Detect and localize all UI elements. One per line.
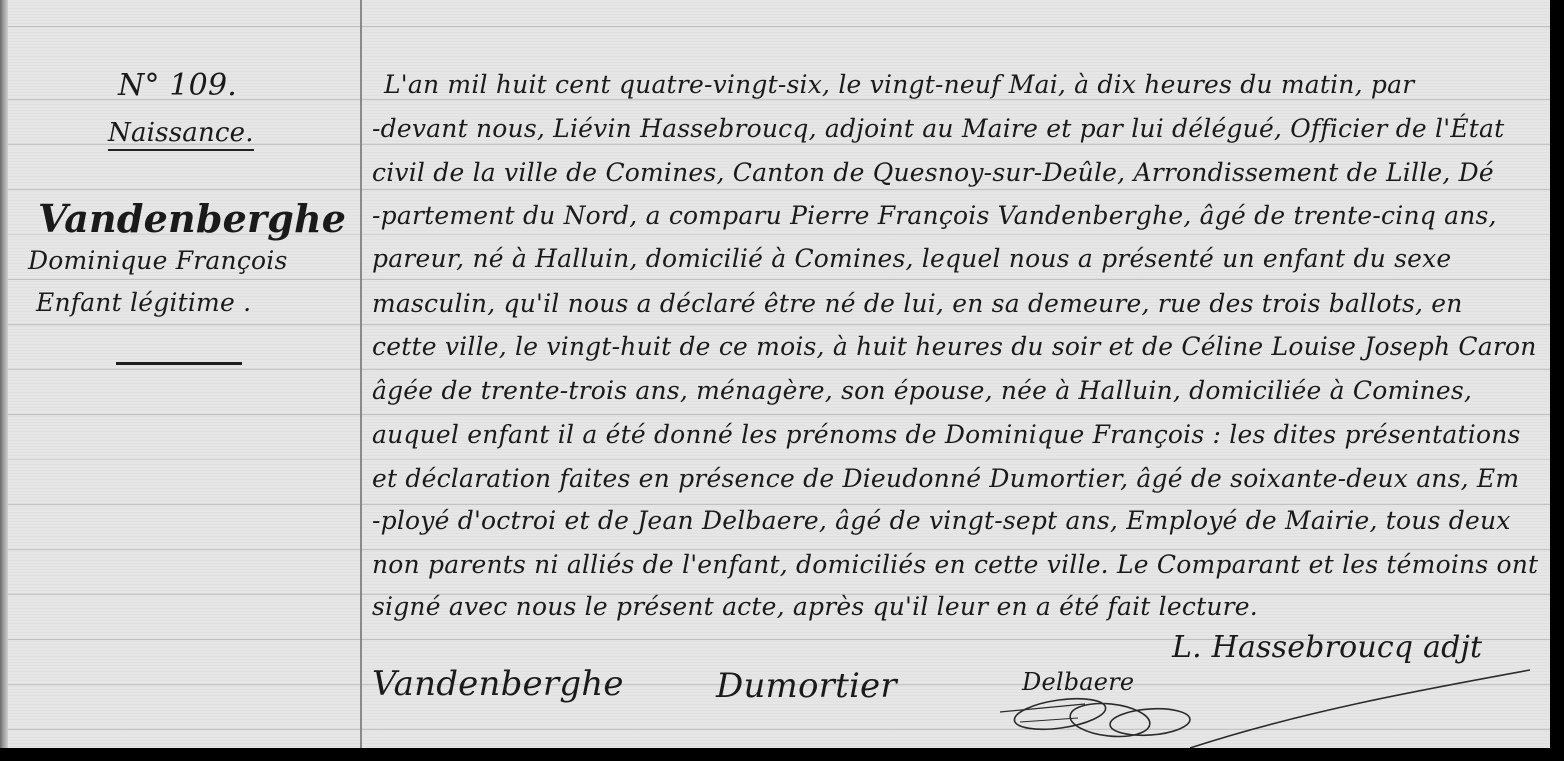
register-page: N° 109. Naissance. Vandenberghe Dominiqu… (0, 0, 1550, 748)
signature-father: Vandenberghe (372, 664, 624, 704)
signature-officer: L. Hassebroucq adjt (1172, 630, 1482, 665)
scan-border-right (1550, 0, 1564, 761)
margin-underline (116, 362, 242, 365)
body-line-5: pareur, né à Halluin, domicilié à Comine… (372, 246, 1451, 271)
child-status: Enfant légitime . (36, 288, 251, 317)
body-line-2: -devant nous, Liévin Hassebroucq, adjoin… (372, 116, 1504, 141)
body-line-6: masculin, qu'il nous a déclaré être né d… (372, 291, 1463, 316)
child-given-names: Dominique François (28, 246, 288, 275)
body-line-8: âgée de trente-trois ans, ménagère, son … (372, 378, 1472, 403)
child-surname: Vandenberghe (38, 196, 346, 241)
signature-witness-2: Delbaere (1022, 668, 1134, 696)
body-line-4: -partement du Nord, a comparu Pierre Fra… (372, 203, 1497, 228)
body-line-12: non parents ni alliés de l'enfant, domic… (372, 552, 1538, 577)
body-line-11: -ployé d'octroi et de Jean Delbaere, âgé… (372, 508, 1511, 533)
scan-border-bottom (0, 748, 1564, 761)
body-line-9: auquel enfant il a été donné les prénoms… (372, 422, 1521, 447)
body-line-13: signé avec nous le présent acte, après q… (372, 594, 1258, 619)
body-line-3: civil de la ville de Comines, Canton de … (372, 160, 1494, 185)
margin-column: N° 109. Naissance. Vandenberghe Dominiqu… (0, 0, 360, 748)
act-type: Naissance. (108, 118, 254, 151)
body-line-10: et déclaration faites en présence de Die… (372, 466, 1519, 491)
margin-rule (360, 0, 362, 748)
signature-witness-1: Dumortier (716, 666, 897, 706)
body-line-1: L'an mil huit cent quatre-vingt-six, le … (384, 72, 1414, 97)
act-number: N° 109. (118, 68, 237, 103)
body-line-7: cette ville, le vingt-huit de ce mois, à… (372, 334, 1537, 359)
